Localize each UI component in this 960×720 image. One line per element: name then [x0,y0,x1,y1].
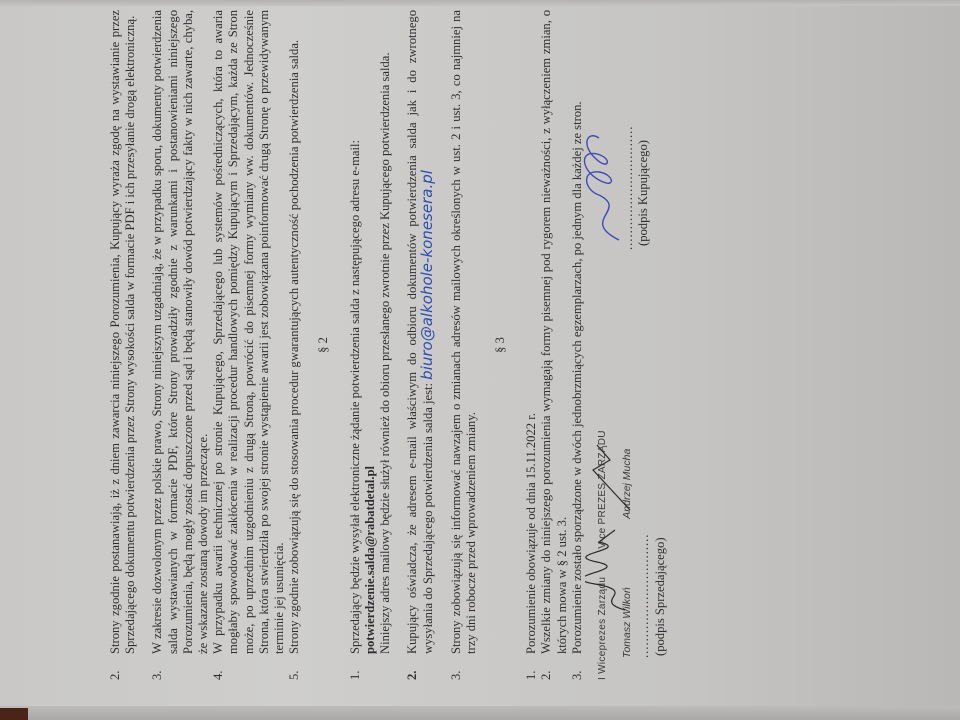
document-content: 2. Strony zgodnie postanawiają, iż z dni… [108,10,741,680]
paper-bottom-edge [0,706,960,720]
section2-item-2: 2. Kupujący oświadcza, że adresem e-mail… [405,10,436,680]
par1-item-3: 3. W zakresie dozwolonym przez polskie p… [150,10,211,680]
section2-item-3: 3. Strony zobowiązują się informować naw… [449,10,479,680]
item-text: Kupujący oświadcza, że adresem e-mail wł… [405,10,436,654]
handwritten-buyer-email: biuro@alkohole-konesera.pl [418,170,436,380]
par1-item-2: 2. Strony zgodnie postanawiają, iż z dni… [108,10,138,680]
item-number: 5. [287,654,302,680]
item-text: Strony zobowiązują się informować nawzaj… [449,10,479,654]
section-3-heading: § 3 [493,10,508,680]
item-text: Strony zgodnie zobowiązują się do stosow… [287,10,302,654]
seller-signature-block: I Wiceprezes Zarządu Tomasz Wilkoń V-ce … [591,420,668,680]
item-text: Porozumienie obowiązuje od dnia 15.11.20… [524,10,539,654]
item-text: Wszelkie zmiany do niniejszego porozumie… [539,10,569,654]
buyer-signature-block: .............................. (podpis K… [591,50,651,250]
buyer-signature-scribble-icon [569,100,629,250]
section-2-heading: § 2 [316,10,331,680]
section3-item-1: 1. Porozumienie obowiązuje od dnia 15.11… [524,10,539,680]
signature-area: I Wiceprezes Zarządu Tomasz Wilkoń V-ce … [591,10,741,680]
seller-signature-scribble-icon [585,430,645,620]
item-number: 4. [211,654,287,680]
par1-item-5: 5. Strony zgodnie zobowiązują się do sto… [287,10,302,680]
section2-item-1: 1. Sprzedający będzie wysyłał elektronic… [348,10,394,680]
item-number: 2. [405,654,436,680]
item-number: 3. [150,654,211,680]
item-text: Sprzedający będzie wysyłał elektroniczne… [348,10,394,654]
item-number: 2. [108,654,138,680]
item-number: 1. [524,654,539,680]
item-text-before: Sprzedający będzie wysyłał elektroniczne… [348,140,362,654]
item-text: W przypadku awarii technicznej po stroni… [211,10,287,654]
section3-item-2: 2. Wszelkie zmiany do niniejszego porozu… [539,10,569,680]
seller-email: potwierdzenie.salda@rabatdetal.pl [363,466,377,654]
item-text: Strony zgodnie postanawiają, iż z dniem … [108,10,138,654]
item-text: W zakresie dozwolonym przez polskie praw… [150,10,211,654]
item-number: 1. [348,654,394,680]
item-number: 3. [570,654,585,680]
item-number: 3. [449,654,479,680]
par1-item-4: 4. W przypadku awarii technicznej po str… [211,10,287,680]
table-surface [0,708,28,720]
seller-signature-caption: (podpis Sprzedającego) [653,420,668,656]
item-text-after: Niniejszy adres mailowy będzie służył ró… [378,53,392,654]
document-page: 2. Strony zgodnie postanawiają, iż z dni… [0,0,960,720]
buyer-signature-caption: (podpis Kupującego) [636,50,651,246]
item-number: 2. [539,654,569,680]
